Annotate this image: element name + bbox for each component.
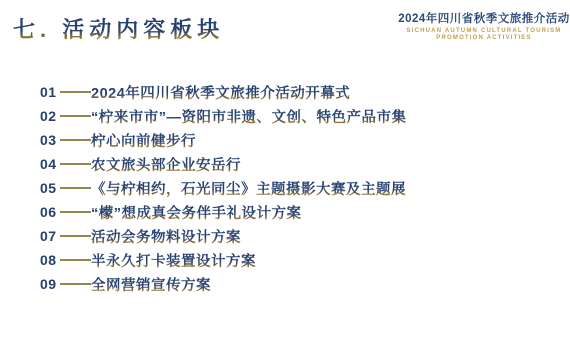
item-number: 07 [40, 228, 59, 244]
item-dash-line [60, 163, 91, 165]
slide-title: 七. 活动内容板块 [13, 13, 224, 44]
item-text: 活动会务物料设计方案 [91, 226, 241, 247]
list-item: 08 半永久打卡装置设计方案 [40, 248, 407, 272]
item-text: “柠来市市”—资阳市非遗、文创、特色产品市集 [91, 106, 407, 127]
item-number: 05 [40, 180, 59, 196]
item-number: 09 [40, 276, 59, 292]
item-dash-line [60, 91, 91, 93]
item-number: 06 [40, 204, 59, 220]
header-subtitle-en-line1: SICHUAN AUTUMN CULTURAL TOURISM [388, 28, 570, 34]
list-item: 02 “柠来市市”—资阳市非遗、文创、特色产品市集 [40, 104, 407, 128]
item-text: 2024年四川省秋季文旅推介活动开幕式 [91, 82, 350, 103]
item-number: 02 [40, 108, 59, 124]
item-text: 柠心向前健步行 [91, 130, 196, 151]
item-dash-line [60, 259, 91, 261]
item-number: 08 [40, 252, 59, 268]
header-subtitle-en-line2: PROMOTION ACTIVITIES [388, 35, 570, 41]
item-number: 01 [40, 84, 59, 100]
item-dash-line [60, 211, 91, 213]
list-item: 09 全网营销宣传方案 [40, 272, 407, 296]
list-item: 04 农文旅头部企业安岳行 [40, 152, 407, 176]
item-dash-line [60, 115, 91, 117]
list-item: 07 活动会务物料设计方案 [40, 224, 407, 248]
agenda-list: 01 2024年四川省秋季文旅推介活动开幕式 02 “柠来市市”—资阳市非遗、文… [40, 80, 407, 296]
item-dash-line [60, 283, 91, 285]
item-number: 03 [40, 132, 59, 148]
item-dash-line [60, 139, 91, 141]
list-item: 05 《与柠相约，石光同尘》主题摄影大赛及主题展 [40, 176, 407, 200]
header-meta: 2024年四川省秋季文旅推介活动 SICHUAN AUTUMN CULTURAL… [388, 10, 570, 41]
item-text: 全网营销宣传方案 [91, 274, 211, 295]
item-dash-line [60, 187, 91, 189]
list-item: 01 2024年四川省秋季文旅推介活动开幕式 [40, 80, 407, 104]
slide: 七. 活动内容板块 2024年四川省秋季文旅推介活动 SICHUAN AUTUM… [0, 0, 570, 360]
header-title-cn: 2024年四川省秋季文旅推介活动 [388, 10, 570, 26]
item-text: 农文旅头部企业安岳行 [91, 154, 241, 175]
item-text: 《与柠相约，石光同尘》主题摄影大赛及主题展 [91, 178, 406, 199]
list-item: 06 “檬”想成真会务伴手礼设计方案 [40, 200, 407, 224]
item-text: 半永久打卡装置设计方案 [91, 250, 256, 271]
item-number: 04 [40, 156, 59, 172]
item-dash-line [60, 235, 91, 237]
item-text: “檬”想成真会务伴手礼设计方案 [91, 202, 302, 223]
list-item: 03 柠心向前健步行 [40, 128, 407, 152]
